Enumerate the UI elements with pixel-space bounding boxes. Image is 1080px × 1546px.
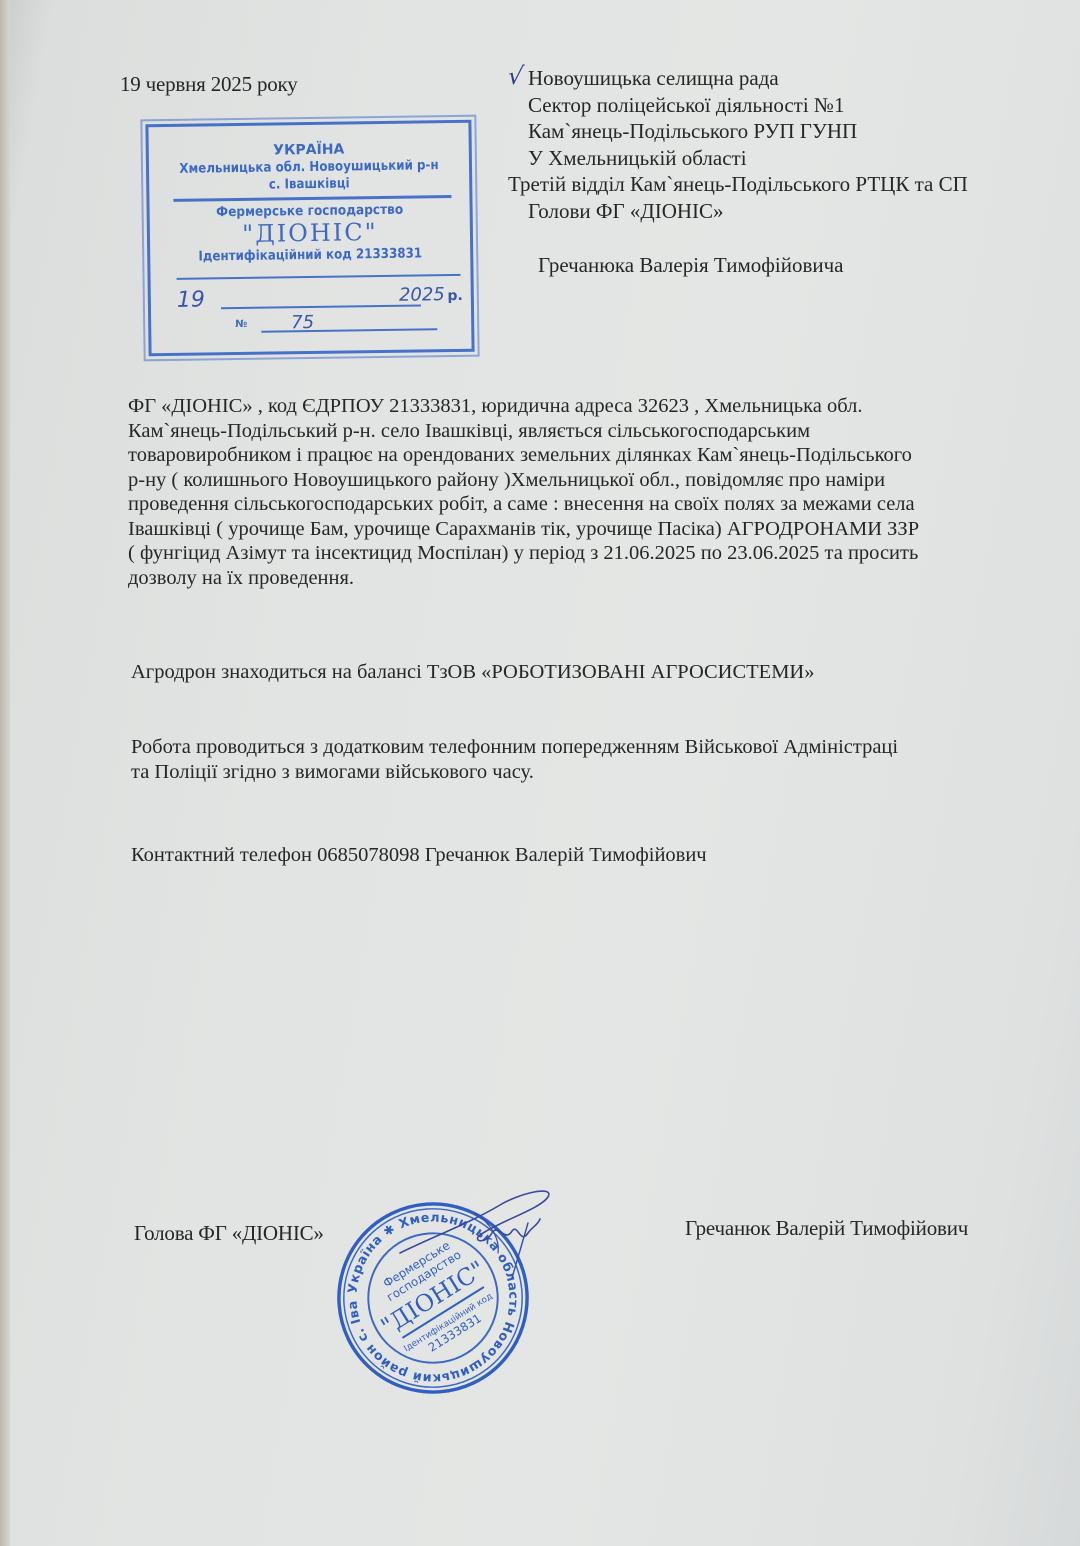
stamp-id-code: Ідентифікаційний код 21333831 <box>169 244 451 266</box>
stamp-underline <box>261 328 437 332</box>
recipient-line: Новоушицька селищна рада <box>508 65 968 92</box>
document-date: 19 червня 2025 року <box>120 71 298 97</box>
paragraph-line: дозволу на їх проведення. <box>128 566 1028 591</box>
paragraph-line: товаровиробником і працює на орендованих… <box>128 443 1028 468</box>
recipient-line: Сектор поліцейської діяльності №1 <box>508 92 968 119</box>
paragraph-line: Івашківці ( урочище Бам, урочище Сарахма… <box>128 517 1028 542</box>
contact-paragraph: Контактний телефон 0685078098 Гречанюк В… <box>131 843 1031 868</box>
stamp-underline <box>221 304 421 309</box>
recipient-block: Новоушицька селищна рада Сектор поліцейс… <box>508 65 968 279</box>
paragraph-line: ( фунгіцид Азімут та інсектицид Моспілан… <box>128 541 1028 566</box>
stamp-village: с. Івашківці <box>168 174 450 195</box>
signatory-name: Гречанюк Валерій Тимофійович <box>685 1215 968 1241</box>
paragraph-line: та Поліції згідно з вимогами військового… <box>131 760 1031 785</box>
stamp-year-suffix: р. <box>447 288 463 304</box>
stamp-day: 19 <box>177 287 205 312</box>
paragraph-line: р-ну ( колишнього Новоушицького району )… <box>128 468 1028 493</box>
stamp-number: 75 <box>291 312 314 333</box>
paragraph-line: проведення сільськогосподарських робіт, … <box>128 492 1028 517</box>
paragraph-line: Кам`янець-Подільський р-н. село Івашківц… <box>128 419 1028 444</box>
stamp-number-label: № <box>235 319 247 330</box>
recipient-line: Кам`янець-Подільського РУП ГУНП <box>508 118 968 145</box>
agrodrone-paragraph: Агродрон знаходиться на балансі ТзОВ «РО… <box>131 660 1031 685</box>
stamp-year: 2025 <box>399 284 445 306</box>
paper-edge <box>0 0 10 1546</box>
recipient-line: Голови ФГ «ДІОНІС» <box>508 198 968 225</box>
recipient-line: Третій відділ Кам`янець-Подільського РТЦ… <box>508 171 968 198</box>
work-notice-paragraph: Робота проводиться з додатковим телефонн… <box>131 735 1031 785</box>
handwritten-signature <box>380 1183 570 1278</box>
paragraph-line: ФГ «ДІОНІС» , код ЄДРПОУ 21333831, юриди… <box>128 394 1028 419</box>
stamp-divider <box>177 274 461 280</box>
main-paragraph: ФГ «ДІОНІС» , код ЄДРПОУ 21333831, юриди… <box>128 394 1028 590</box>
signature-icon <box>380 1183 570 1278</box>
paragraph-line: Робота проводиться з додатковим телефонн… <box>131 735 1031 760</box>
signatory-role: Голова ФГ «ДІОНІС» <box>134 1220 324 1246</box>
registration-stamp: УКРАЇНА Хмельницька обл. Новоушицький р-… <box>145 120 474 357</box>
recipient-line: У Хмельницькій області <box>508 145 968 172</box>
stamp-number-row: № 75 <box>151 312 471 340</box>
sender-name: Гречанюка Валерія Тимофійовича <box>508 252 968 279</box>
